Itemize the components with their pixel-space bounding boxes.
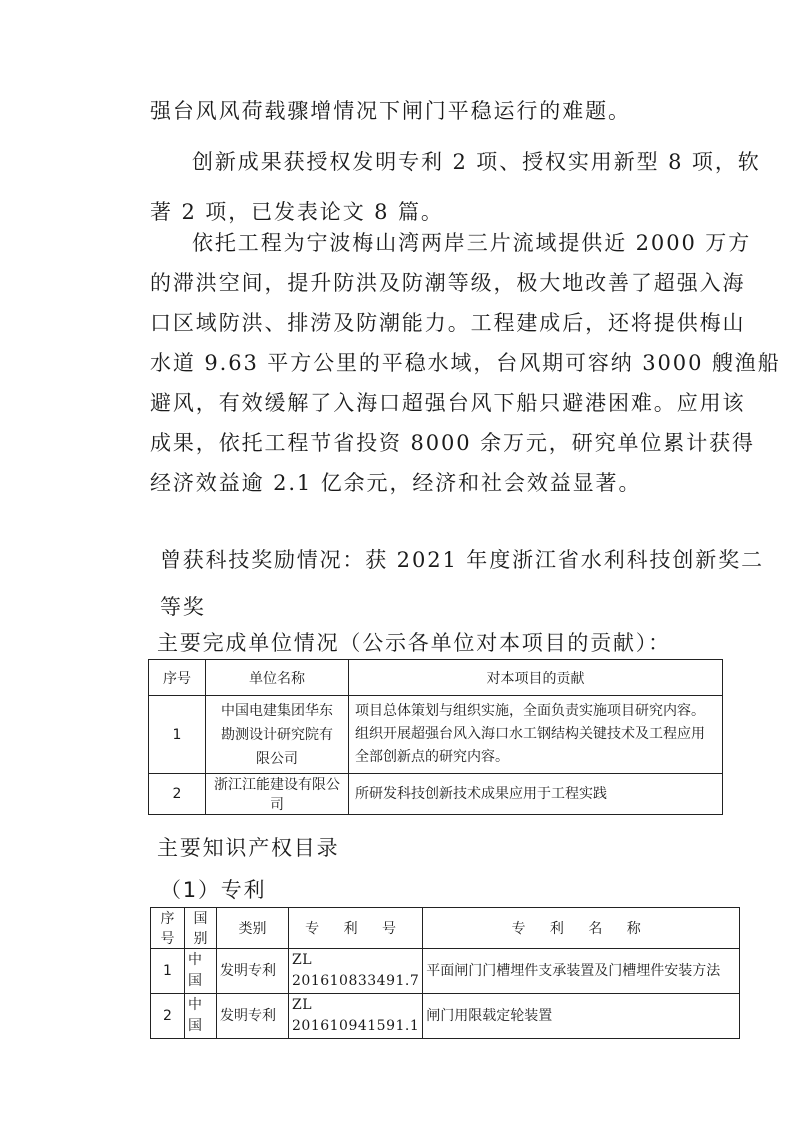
body-text-line: 依托工程为宁波梅山湾两岸三片流域提供近 2000 万方: [192, 227, 751, 257]
body-text-line: 经济效益逾 2.1 亿余元，经济和社会效益显著。: [150, 467, 641, 497]
awards-label: 曾获科技奖励情况：: [160, 548, 365, 572]
header-no: 序号: [149, 660, 206, 696]
cell-type: 发明专利: [217, 994, 289, 1039]
cell-patent-name: 平面闸门门槽埋件支承装置及门槽埋件安装方法: [423, 949, 740, 994]
units-section-title: 主要完成单位情况（公示各单位对本项目的贡献）：: [157, 627, 671, 657]
cell-patent-no: ZL 201610941591.1: [289, 994, 423, 1039]
cell-contribution: 项目总体策划与组织实施，全面负责实施项目研究内容。组织开展超强台风入海口水工钢结…: [349, 696, 723, 774]
cell-unit-name: 浙江江能建设有限公司: [206, 774, 349, 815]
body-text-line: 著 2 项，已发表论文 8 篇。: [150, 196, 444, 226]
header-contribution: 对本项目的贡献: [349, 660, 723, 696]
cell-patent-no: ZL 201610833491.7: [289, 949, 423, 994]
ip-subtitle: （1）专利: [160, 874, 266, 904]
ip-section-title: 主要知识产权目录: [157, 832, 339, 862]
cell-no: 1: [149, 696, 206, 774]
cell-patent-name: 闸门用限载定轮装置: [423, 994, 740, 1039]
body-text-line: 创新成果获授权发明专利 2 项、授权实用新型 8 项，软: [192, 146, 761, 176]
table-row: 1 中国 发明专利 ZL 201610833491.7 平面闸门门槽埋件支承装置…: [151, 949, 740, 994]
header-type: 类别: [217, 908, 289, 949]
cell-type: 发明专利: [217, 949, 289, 994]
cell-contribution: 所研发科技创新技术成果应用于工程实践: [349, 774, 723, 815]
header-no: 序号: [151, 908, 185, 949]
units-table: 序号 单位名称 对本项目的贡献 1 中国电建集团华东勘测设计研究院有限公司 项目…: [148, 659, 723, 815]
patent-table: 序号 国别 类别 专 利 号 专 利 名 称 1 中国 发明专利 ZL 2016…: [150, 907, 740, 1039]
awards-line-2: 等奖: [160, 591, 206, 621]
body-text-line: 水道 9.63 平方公里的平稳水域，台风期可容纳 3000 艘渔船: [150, 347, 781, 377]
table-header-row: 序号 国别 类别 专 利 号 专 利 名 称: [151, 908, 740, 949]
cell-country: 中国: [185, 949, 217, 994]
cell-no: 2: [151, 994, 185, 1039]
body-text-line: 口区域防洪、排涝及防潮能力。工程建成后，还将提供梅山: [150, 307, 745, 337]
header-unit-name: 单位名称: [206, 660, 349, 696]
cell-unit-name: 中国电建集团华东勘测设计研究院有限公司: [206, 696, 349, 774]
table-row: 2 浙江江能建设有限公司 所研发科技创新技术成果应用于工程实践: [149, 774, 723, 815]
table-row: 2 中国 发明专利 ZL 201610941591.1 闸门用限载定轮装置: [151, 994, 740, 1039]
body-text-line: 成果，依托工程节省投资 8000 余万元，研究单位累计获得: [150, 427, 755, 457]
table-header-row: 序号 单位名称 对本项目的贡献: [149, 660, 723, 696]
cell-no: 1: [151, 949, 185, 994]
body-text-line: 的滞洪空间，提升防洪及防潮等级，极大地改善了超强入海: [150, 267, 745, 297]
header-country: 国别: [185, 908, 217, 949]
awards-text: 获 2021 年度浙江省水利科技创新奖二: [365, 548, 764, 572]
header-patent-name: 专 利 名 称: [423, 908, 740, 949]
awards-line: 曾获科技奖励情况：获 2021 年度浙江省水利科技创新奖二: [160, 544, 764, 574]
body-text-line: 避风，有效缓解了入海口超强台风下船只避港困难。应用该: [150, 387, 745, 417]
cell-no: 2: [149, 774, 206, 815]
table-row: 1 中国电建集团华东勘测设计研究院有限公司 项目总体策划与组织实施，全面负责实施…: [149, 696, 723, 774]
body-text-line: 强台风风荷载骤增情况下闸门平稳运行的难题。: [150, 95, 631, 125]
cell-country: 中国: [185, 994, 217, 1039]
header-patent-no: 专 利 号: [289, 908, 423, 949]
